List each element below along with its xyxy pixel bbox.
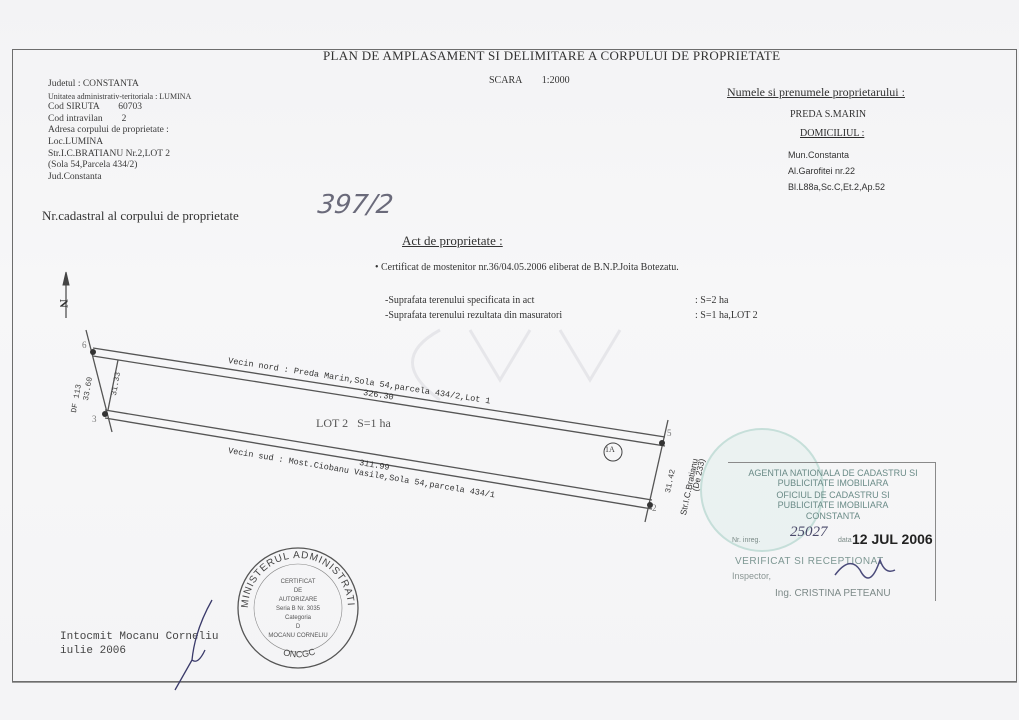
author-signature-icon: [0, 0, 1019, 720]
